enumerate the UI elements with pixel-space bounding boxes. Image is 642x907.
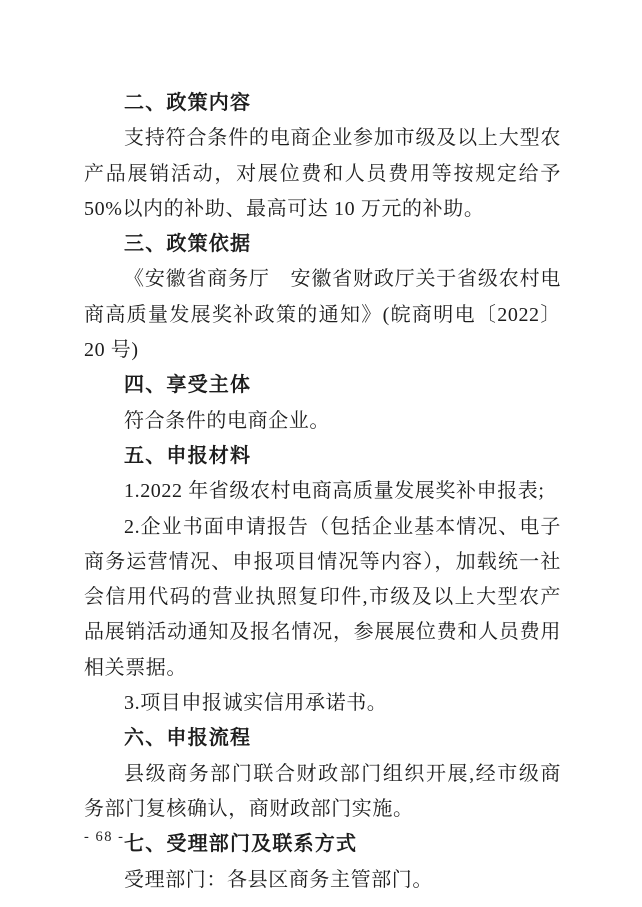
section-heading: 四、享受主体	[84, 368, 561, 403]
document-content: 二、政策内容支持符合条件的电商企业参加市级及以上大型农产品展销活动，对展位费和人…	[84, 86, 561, 898]
section-heading: 七、受理部门及联系方式	[84, 827, 561, 862]
section-heading: 六、申报流程	[84, 721, 561, 756]
body-paragraph: 2.企业书面申请报告（包括企业基本情况、电子商务运营情况、申报项目情况等内容），…	[84, 510, 561, 686]
body-paragraph: 符合条件的电商企业。	[84, 404, 561, 439]
section-heading: 二、政策内容	[84, 86, 561, 121]
document-page: { "page": { "background_color": "#ffffff…	[0, 0, 642, 907]
body-paragraph: 支持符合条件的电商企业参加市级及以上大型农产品展销活动，对展位费和人员费用等按规…	[84, 121, 561, 227]
body-paragraph: 1.2022 年省级农村电商高质量发展奖补申报表;	[84, 474, 561, 509]
body-paragraph: 县级商务部门联合财政部门组织开展,经市级商务部门复核确认，商财政部门实施。	[84, 757, 561, 828]
body-paragraph: 受理部门：各县区商务主管部门。	[84, 863, 561, 898]
page-number: - 68 -	[84, 829, 124, 846]
body-paragraph: 3.项目申报诚实信用承诺书。	[84, 686, 561, 721]
section-heading: 五、申报材料	[84, 439, 561, 474]
body-paragraph: 《安徽省商务厅 安徽省财政厅关于省级农村电商高质量发展奖补政策的通知》(皖商明电…	[84, 262, 561, 368]
section-heading: 三、政策依据	[84, 227, 561, 262]
page: 二、政策内容支持符合条件的电商企业参加市级及以上大型农产品展销活动，对展位费和人…	[0, 0, 642, 907]
